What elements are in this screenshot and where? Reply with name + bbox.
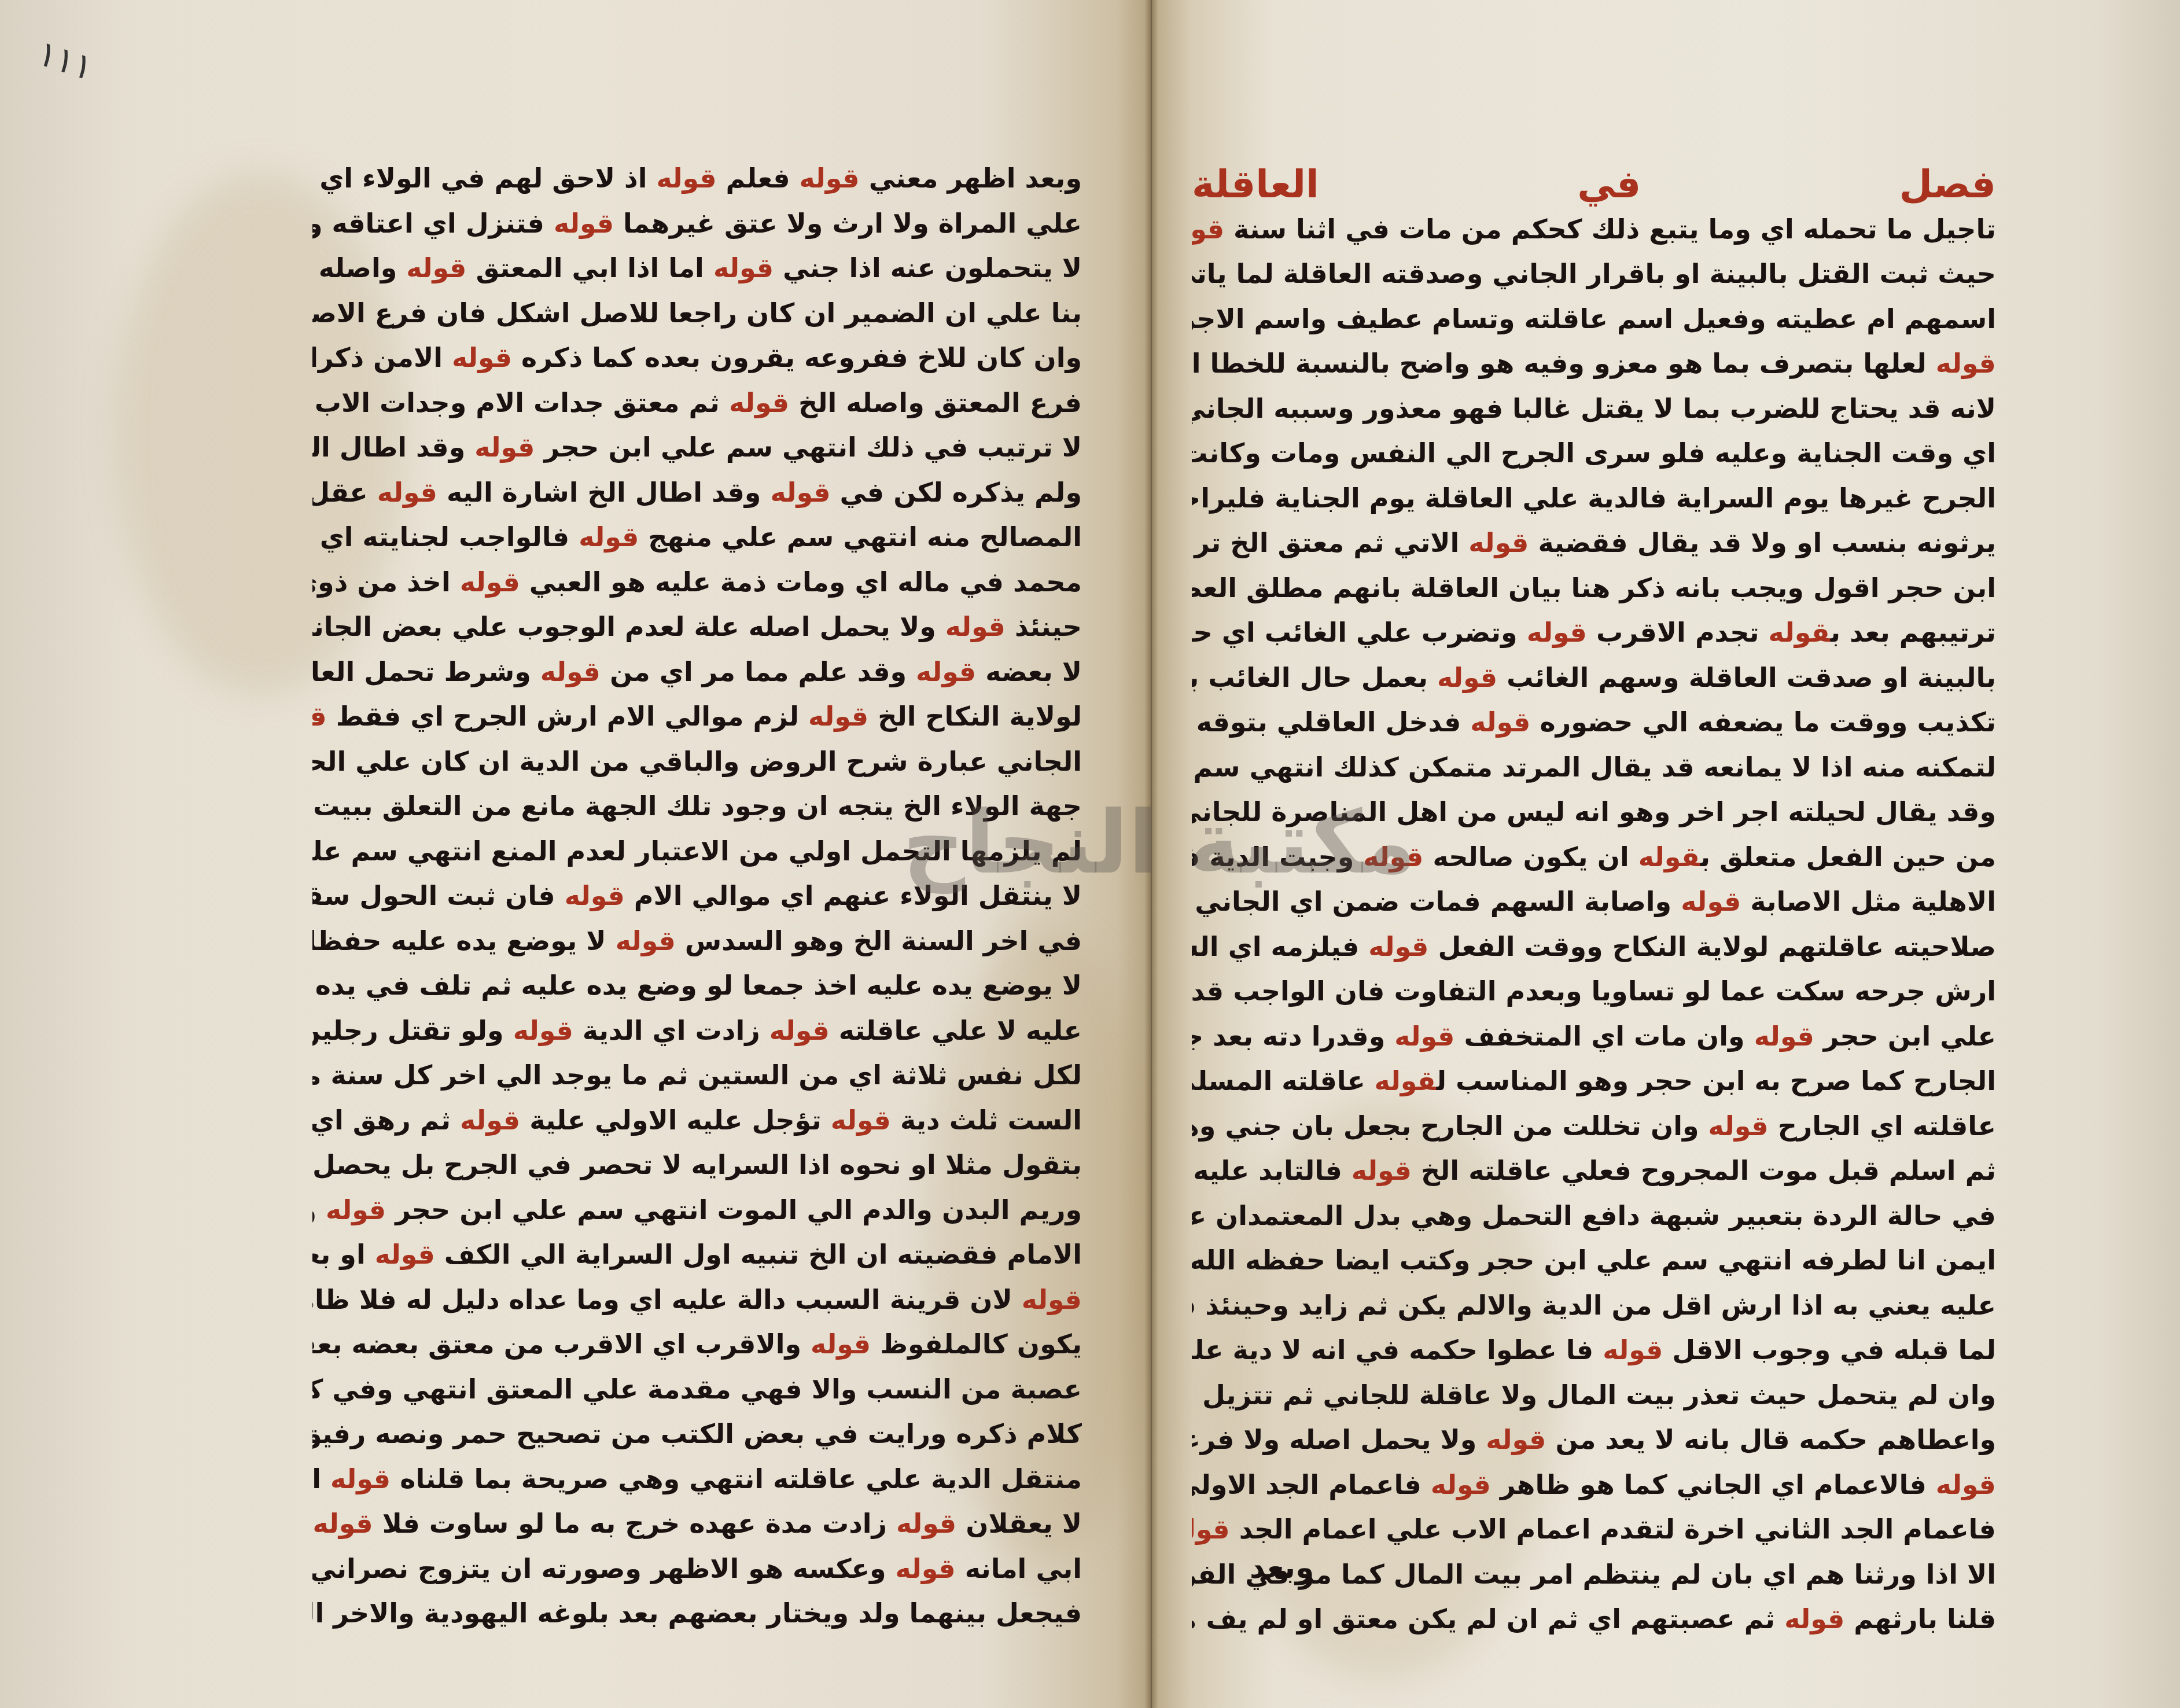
rubric-keyword: قوله [1486,1424,1546,1455]
rubric-keyword: قوله [326,1194,386,1225]
text-line: لولاية النكاح الخ قوله لزم موالي الام ار… [312,694,1082,739]
text-line: تكذيب ووقت ما يضعفه الي حضوره قوله فدخل … [1192,700,1996,745]
text-line: في اخر السنة الخ وهو السدس قوله لا يوضع … [312,919,1082,964]
rubric-keyword: قوله [330,1463,391,1494]
rubric-keyword: قوله [1603,1334,1663,1365]
text-line: ترتيبهم بعد بقوله تجدم الاقرب قوله وتضرب… [1192,610,1996,656]
rubric-keyword: قوله [656,163,716,194]
rubric-keyword: قوله [1394,1021,1454,1052]
text-line: حيث ثبت القتل بالبينة او باقرار الجاني و… [1192,252,1996,297]
text-line: ارش جرحه سكت عما لو تساويا وبعدم التفاوت… [1192,969,1996,1014]
rubric-keyword: قوله [945,611,1006,642]
text-line: بالبينة او صدقت العاقلة وسهم الغائب قوله… [1192,656,1996,701]
text-line: لتمكنه منه اذا لا يمانعه قد يقال المرتد … [1192,745,1996,790]
text-line: علي المراة ولا ارث ولا عتق غيرهما قوله ف… [312,201,1082,246]
rubric-keyword: قوله [565,880,625,911]
text-line: منتقل الدية علي عاقلته انتهي وهي صريحة ب… [312,1457,1082,1502]
rubric-keyword: قوله [831,1105,891,1136]
rubric-keyword: قوله [452,342,512,373]
text-line: لا يتحملون عنه اذا جني قوله اما اذا ابي … [312,246,1082,291]
text-line: لانه قد يحتاج للضرب بما لا يقتل غالبا فه… [1192,386,1996,432]
text-line: كلام ذكره ورايت في بعض الكتب من تصحيح حم… [312,1412,1082,1457]
rubric-keyword: قوله [896,1553,956,1584]
rubric-keyword: قوله [1527,617,1587,648]
rubric-keyword: قوله [1375,1065,1437,1096]
rubric-keyword: قوله [1708,1110,1769,1142]
text-line: اي وقت الجناية وعليه فلو سرى الجرح الي ا… [1192,431,1996,476]
rubric-keyword: قوله [808,701,868,732]
rubric-keyword: قوله [1638,841,1700,873]
text-line: قوله لان قرينة السبب دالة عليه اي وما عد… [312,1278,1082,1323]
rubric-keyword: قوله [460,566,520,598]
rubric-keyword: قوله [1470,706,1530,738]
text-line: محمد في ماله اي ومات ذمة عليه هو العبي ق… [312,560,1082,605]
rubric-keyword: قوله [916,656,976,687]
text-line: ابي امانه قوله وعكسه هو الاظهر وصورته ان… [312,1547,1082,1592]
rubric-keyword: قوله [406,252,466,284]
text-line: وريم البدن والدم الي الموت انتهي سم علي … [312,1188,1082,1233]
rubric-keyword: قوله [1192,1514,1230,1545]
rubric-keyword: قوله [1368,931,1428,962]
text-line: علي ابن حجر قوله وان مات اي المتخفف قوله… [1192,1014,1996,1059]
rubric-keyword: قوله [896,1508,956,1539]
text-line: الجاني عبارة شرح الروض والباقي من الدية … [312,739,1082,785]
rubric-keyword: قوله [713,252,774,284]
rubric-keyword: قوله [769,1015,830,1046]
heading-line: فصل في العاقلة [1192,162,1996,207]
rubric-keyword: قوله [312,701,327,732]
rubric-keyword: قوله [770,477,830,508]
text-line: واعطاهم حكمه قال بانه لا يعد من قوله ولا… [1192,1418,1996,1463]
text-line: ولم يذكره لكن في قوله وقد اطال الخ اشارة… [312,470,1082,516]
rubric-keyword: قوله [474,432,535,463]
rubric-keyword: قوله [811,1328,871,1360]
rubric-keyword: قوله [1437,662,1497,693]
rubric-keyword: قوله [554,208,614,239]
rubric-keyword: قوله [1936,348,1996,379]
rubric-keyword: قوله [729,387,789,418]
text-line: الست ثلث دية قوله تؤجل عليه الاولي علية … [312,1098,1082,1143]
text-line: الجارح كما صرح به ابن حجر وهو المناسب لق… [1192,1059,1996,1104]
rubric-keyword: قوله [540,656,601,687]
rubric-keyword: قوله [1754,1021,1814,1052]
rubric-keyword: قوله [1681,886,1741,917]
text-line: لا يعقلان قوله زادت مدة عهده خرج به ما ل… [312,1501,1082,1547]
text-line: عليه لا علي عاقلته قوله زادت اي الدية قو… [312,1008,1082,1054]
text-line: وبعد اظهر معني قوله فعلم قوله اذ لاحق له… [312,156,1082,201]
text-line: وان كان للاخ ففروعه يقرون بعده كما ذكره … [312,336,1082,381]
text-line: ايمن انا لطرفه انتهي سم علي ابن حجر وكتب… [1192,1238,1996,1283]
library-watermark: مكتبة النجاح [903,793,1416,893]
text-line: قوله لعلها بتصرف بما هو معزو وفيه هو واض… [1192,341,1996,386]
text-line: بنا علي ان الضمير ان كان راجعا للاصل اشك… [312,291,1082,336]
rubric-keyword: قوله [1352,1155,1412,1186]
rubric-keyword: قوله [579,521,639,553]
text-line: عصبة من النسب والا فهي مقدمة علي المعتق … [312,1367,1082,1412]
text-line: لا ترتيب في ذلك انتهي سم علي ابن حجر قول… [312,425,1082,470]
text-line: يكون كالملفوظ قوله والاقرب اي الاقرب من … [312,1322,1082,1367]
rubric-keyword: قوله [1769,617,1831,648]
rubric-keyword: قوله [375,1239,435,1270]
text-line: بتقول مثلا او نحوه اذا السرايه لا تحصر ف… [312,1143,1082,1188]
text-line: لما قبله في وجوب الاقل قوله فا عطوا حكمه… [1192,1328,1996,1373]
text-line: قلنا بارثهم قوله ثم عصبتهم اي ثم ان لم ي… [1192,1597,1996,1642]
rubric-keyword: قوله [1192,213,1224,245]
chapter-heading: فصل في العاقلة [1192,162,1996,207]
rubric-keyword: قوله [377,477,437,508]
text-line: فاعمام الجد الثاني اخرة لتقدم اعمام الاب… [1192,1507,1996,1552]
text-line: لا بعضه قوله وقد علم مما مر اي من قوله و… [312,650,1082,695]
folio-number: ١١١ [33,33,99,89]
text-line: ابن حجر اقول ويجب بانه ذكر هنا بيان العا… [1192,566,1996,611]
text-line: ثم اسلم قبل موت المجروح فعلي عاقلته الخ … [1192,1149,1996,1194]
rubric-keyword: قوله [513,1015,573,1046]
text-line: اسمهم ام عطيته وفعيل اسم عاقلته وتسام عط… [1192,297,1996,342]
rubric-keyword: قوله [1431,1469,1491,1500]
rubric-keyword: قوله [800,163,860,194]
text-line: لا يوضع يده عليه اخذ جمعا لو وضع يده علي… [312,963,1082,1008]
text-line: لكل نفس ثلاثة اي من الستين ثم ما يوجد ال… [312,1053,1082,1098]
catchword: وبعد [1250,1551,1314,1585]
rubric-keyword: قوله [1468,527,1529,558]
left-page-text: وبعد اظهر معني قوله فعلم قوله اذ لاحق له… [312,156,1082,1636]
text-line: صلاحيته عاقلتهم لولاية النكاح ووقت الفعل… [1192,925,1996,970]
text-line: وان لم يتحمل حيث تعذر بيت المال ولا عاقل… [1192,1373,1996,1418]
text-line: تاجيل ما تحمله اي وما يتبع ذلك كحكم من م… [1192,207,1996,252]
text-line: عاقلته اي الجارح قوله وان تخللت من الجار… [1192,1104,1996,1149]
text-line: في حالة الردة بتعبير شبهة دافع التحمل وه… [1192,1194,1996,1239]
rubric-keyword: قوله [1936,1469,1996,1500]
text-line: قوله فالاعمام اي الجاني كما هو ظاهر قوله… [1192,1463,1996,1508]
text-line: الجرح غيرها يوم السراية فالدية علي العاق… [1192,476,1996,521]
text-line: حينئذ قوله ولا يحمل اصله علة لعدم الوجوب… [312,605,1082,650]
text-line: فيجعل بينهما ولد ويختار بعضهم بعد بلوغه … [312,1591,1082,1636]
right-page-text: فصل في العاقلة تاجيل ما تحمله اي وما يتب… [1192,162,1996,1642]
rubric-keyword: قوله [616,925,676,956]
text-line: الامام فقضيته ان الخ تنبيه اول السراية ا… [312,1232,1082,1278]
rubric-keyword: قوله [313,1508,373,1539]
rubric-keyword: قوله [460,1105,520,1136]
text-line: فرع المعتق واصله الخ قوله ثم معتق جدات ا… [312,381,1082,426]
rubric-keyword: قوله [1022,1284,1082,1315]
rubric-keyword: قوله [1784,1603,1844,1635]
text-line: يرثونه بنسب او ولا قد يقال فقضية قوله ال… [1192,521,1996,566]
manuscript-spread: ١١١ وبعد اظهر معني قوله فعلم قوله اذ لاح… [0,0,2180,1708]
text-line: المصالح منه انتهي سم علي منهج قوله فالوا… [312,515,1082,560]
text-line: عليه يعني به اذا ارش اقل من الدية والالم… [1192,1283,1996,1328]
